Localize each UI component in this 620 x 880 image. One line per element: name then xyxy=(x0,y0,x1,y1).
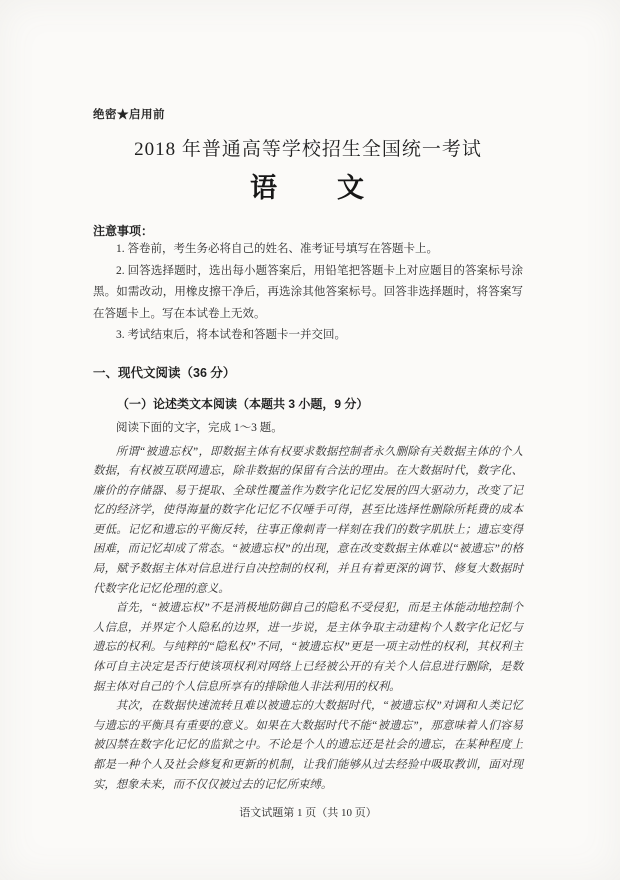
notice-item-3: 3. 考试结束后，将本试卷和答题卡一并交回。 xyxy=(93,325,523,347)
section-heading-modern-reading: 一、现代文阅读（36 分） xyxy=(93,363,523,381)
subject-title: 语 文 xyxy=(93,166,523,205)
notice-heading: 注意事项： xyxy=(93,222,523,239)
passage-paragraph-2: 首先，“被遗忘权”不是消极地防御自己的隐私不受侵犯，而是主体能动地控制个人信息，… xyxy=(93,599,523,697)
page-footer: 语文试题第 1 页（共 10 页） xyxy=(93,804,523,820)
text-column: 绝密★启用前 2018 年普通高等学校招生全国统一考试 语 文 注意事项： 1.… xyxy=(93,106,523,820)
notice-item-1: 1. 答卷前，考生务必将自己的姓名、准考证号填写在答题卡上。 xyxy=(93,239,523,261)
reading-instruction: 阅读下面的文字，完成 1～3 题。 xyxy=(93,419,523,438)
passage-paragraph-1: 所谓“被遗忘权”，即数据主体有权要求数据控制者永久删除有关数据主体的个人数据，有… xyxy=(93,443,523,600)
exam-title: 2018 年普通高等学校招生全国统一考试 xyxy=(93,134,523,161)
subsection-heading-argumentative-reading: （一）论述类文本阅读（本题共 3 小题，9 分） xyxy=(93,395,523,412)
classification-label: 绝密★启用前 xyxy=(93,106,523,122)
passage-paragraph-3: 其次，在数据快速流转且难以被遗忘的大数据时代，“被遗忘权”对调和人类记忆与遗忘的… xyxy=(93,697,523,795)
exam-paper-page: 绝密★启用前 2018 年普通高等学校招生全国统一考试 语 文 注意事项： 1.… xyxy=(0,0,620,880)
notice-item-2: 2. 回答选择题时，选出每小题答案后，用铅笔把答题卡上对应题目的答案标号涂黑。如… xyxy=(93,261,523,326)
